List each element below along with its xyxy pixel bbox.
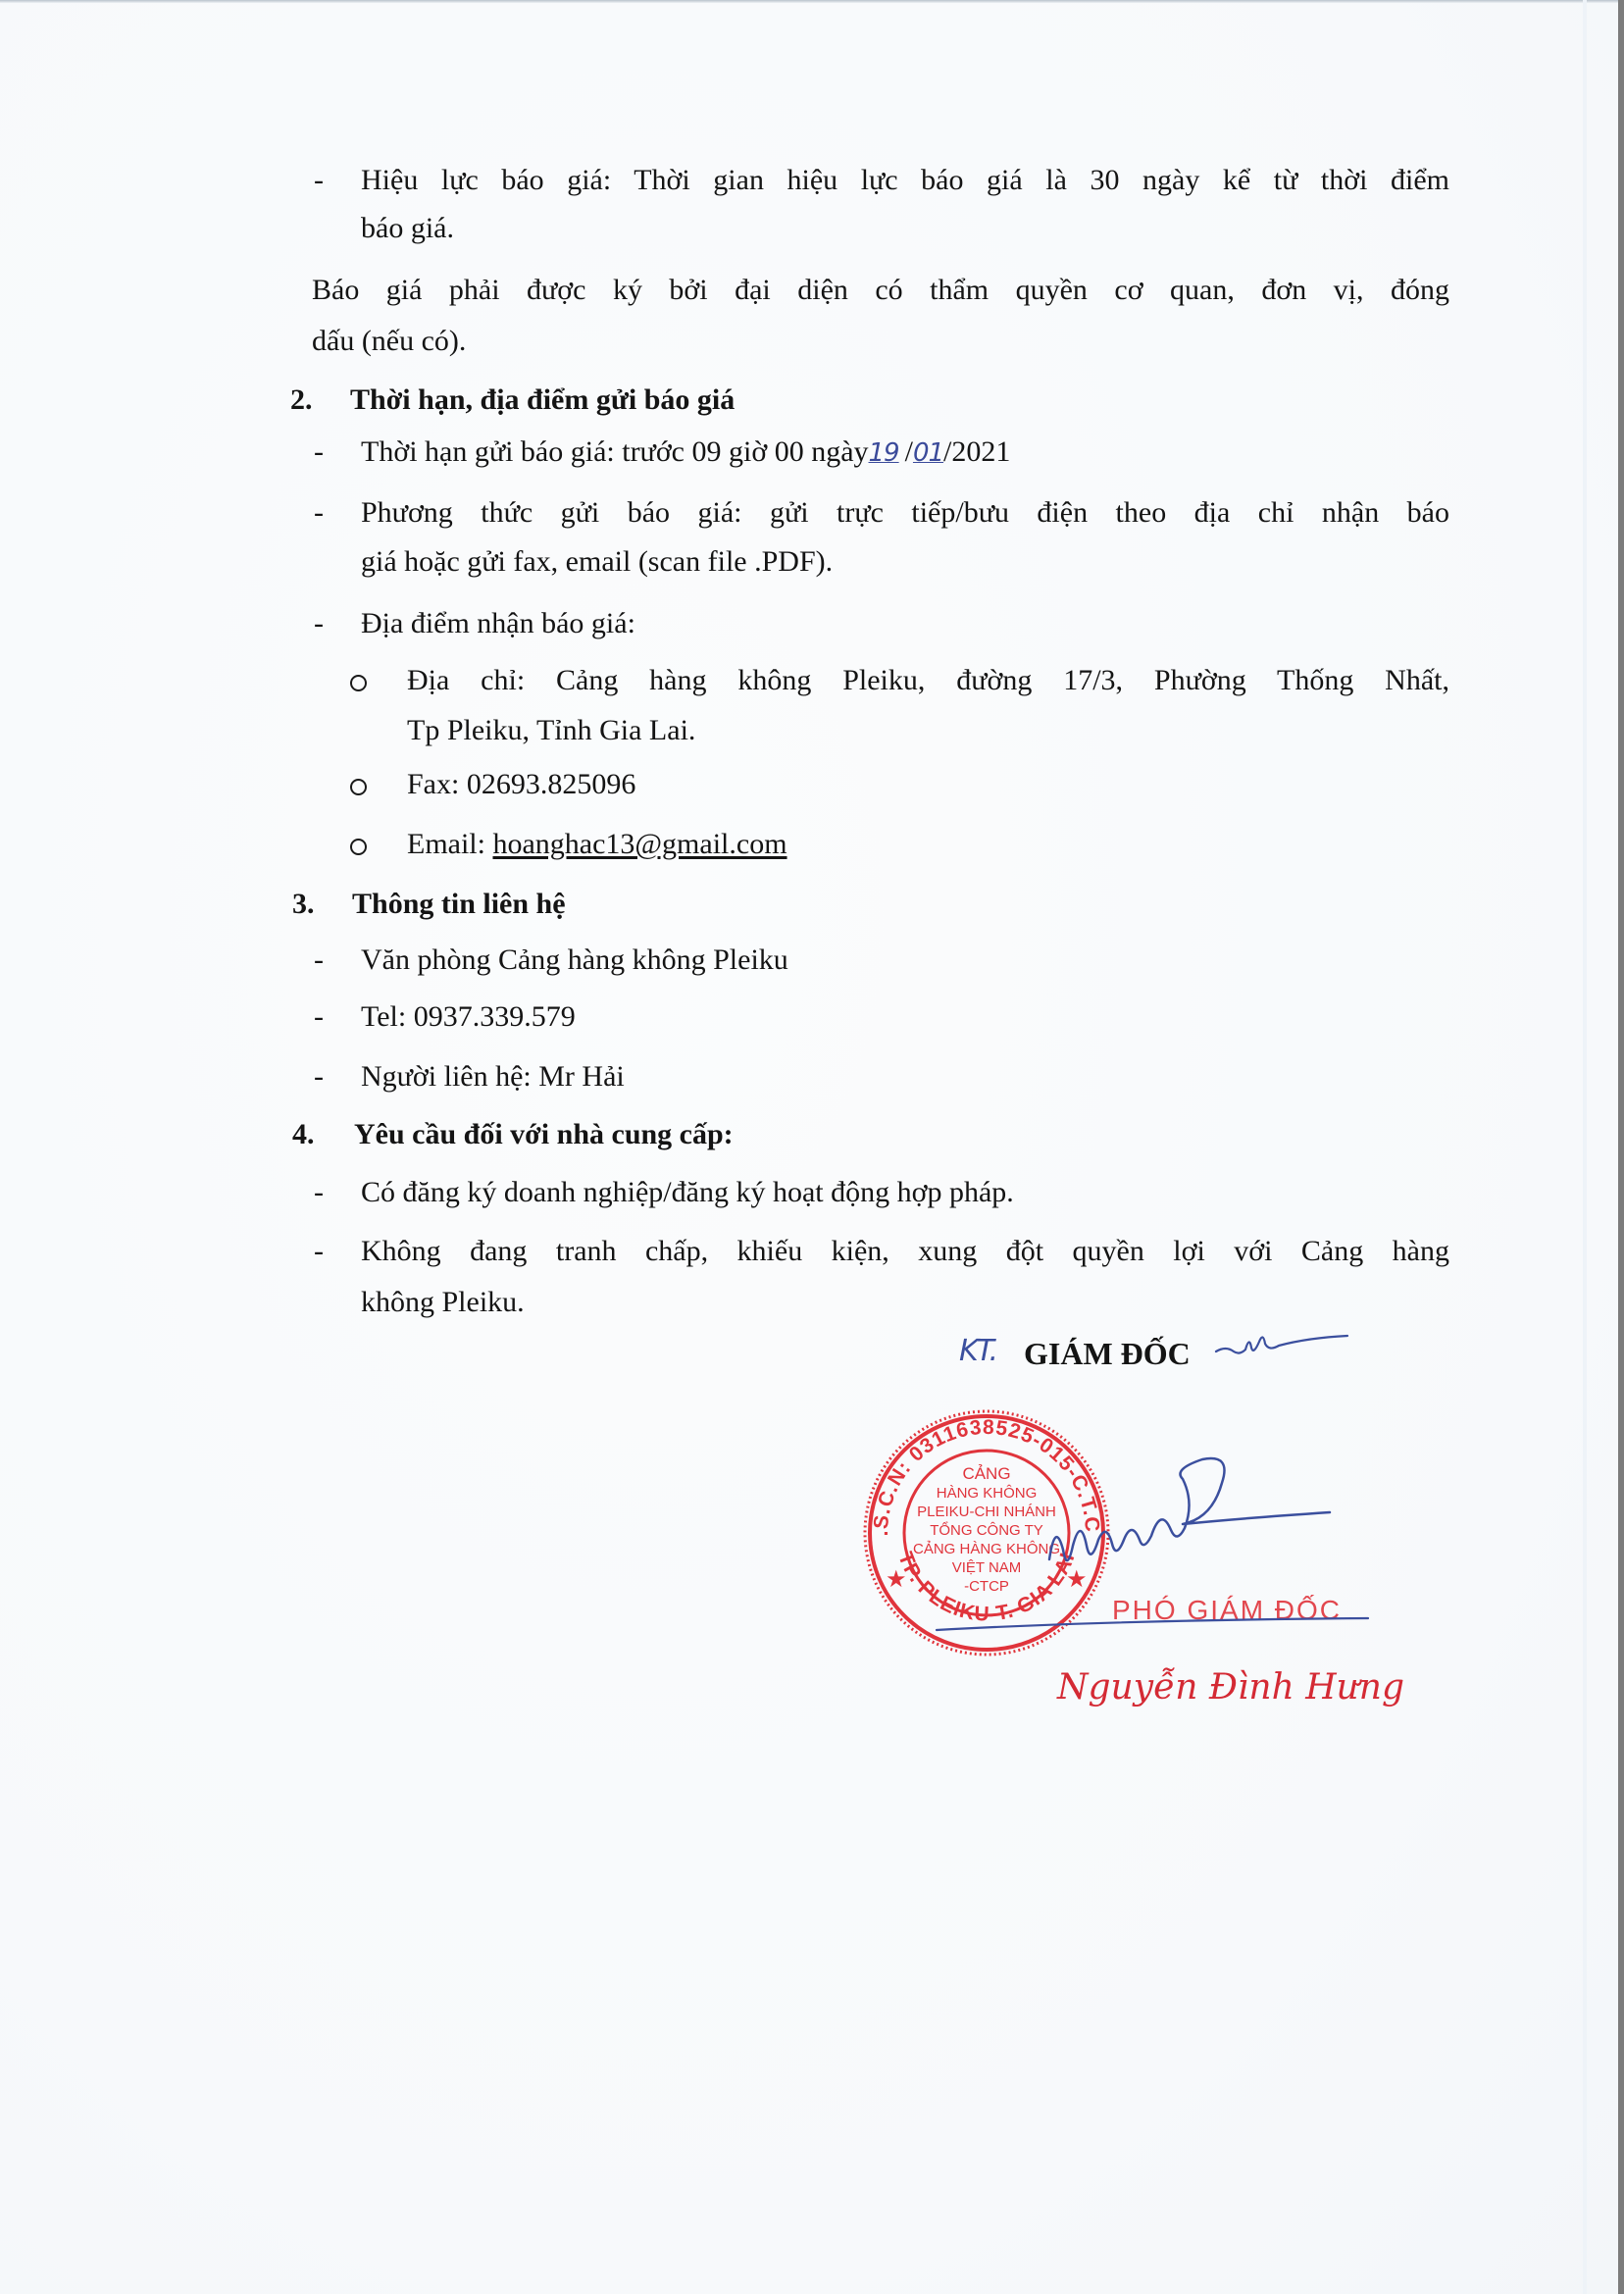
- kt-handwriting: KT.: [959, 1334, 996, 1368]
- svg-text:-CTCP: -CTCP: [964, 1578, 1009, 1595]
- stamp-star-icon: ★: [1066, 1567, 1088, 1593]
- deputy-director-title: PHÓ GIÁM ĐỐC: [1112, 1595, 1342, 1626]
- section-3-title: Thông tin liên hệ: [352, 887, 566, 922]
- tel-line: Tel: 0937.339.579: [361, 999, 576, 1035]
- deadline-month: 01: [913, 438, 943, 468]
- deadline-prefix: Thời hạn gửi báo giá: trước 09 giờ 00 ng…: [361, 435, 869, 468]
- scan-right-edge: [1618, 0, 1624, 2294]
- email-link[interactable]: hoanghac13@gmail.com: [492, 828, 787, 860]
- scan-top-edge: [0, 0, 1618, 3]
- company-stamp: M.S.C.N: 0311638525-015-C.T.C.P TP. PLEI…: [858, 1404, 1115, 1661]
- requirement-line-2a: Không đang tranh chấp, khiếu kiện, xung …: [361, 1234, 1449, 1269]
- page-background: [0, 0, 1618, 2294]
- section-2-number: 2.: [290, 382, 313, 418]
- deadline-line: Thời hạn gửi báo giá: trước 09 giờ 00 ng…: [361, 434, 1010, 471]
- stamp-center-text: CẢNGHÀNG KHÔNGPLEIKU-CHI NHÁNHTỔNG CÔNG …: [913, 1464, 1060, 1595]
- fax-line: Fax: 02693.825096: [407, 767, 635, 802]
- svg-text:HÀNG KHÔNG: HÀNG KHÔNG: [937, 1485, 1038, 1502]
- svg-text:PLEIKU-CHI NHÁNH: PLEIKU-CHI NHÁNH: [917, 1504, 1056, 1520]
- signing-note-line-2: dấu (nếu có).: [312, 324, 466, 359]
- svg-text:TỔNG CÔNG TY: TỔNG CÔNG TY: [930, 1521, 1043, 1539]
- deadline-year: /2021: [943, 435, 1010, 468]
- svg-text:CẢNG HÀNG KHÔNG: CẢNG HÀNG KHÔNG: [913, 1541, 1060, 1557]
- svg-text:CẢNG: CẢNG: [962, 1464, 1010, 1483]
- validity-line-1: Hiệu lực báo giá: Thời gian hiệu lực báo…: [361, 163, 1449, 198]
- signer-name: Nguyễn Đình Hưng: [1057, 1667, 1404, 1708]
- deadline-day: 19: [869, 438, 899, 468]
- svg-text:VIỆT NAM: VIỆT NAM: [952, 1559, 1022, 1576]
- dash-bullet: -: [314, 1175, 324, 1210]
- deadline-separator: /: [905, 435, 913, 468]
- director-title: GIÁM ĐỐC: [1024, 1336, 1191, 1371]
- dash-bullet: -: [314, 999, 324, 1035]
- section-3-number: 3.: [292, 887, 315, 922]
- signing-note-line-1: Báo giá phải được ký bởi đại diện có thẩ…: [312, 273, 1449, 308]
- dash-bullet: -: [314, 943, 324, 978]
- requirement-line-2b: không Pleiku.: [361, 1285, 525, 1320]
- method-line-1: Phương thức gửi báo giá: gửi trực tiếp/b…: [361, 495, 1449, 531]
- email-line: Email: hoanghac13@gmail.com: [407, 827, 787, 862]
- method-line-2: giá hoặc gửi fax, email (scan file .PDF)…: [361, 544, 833, 580]
- stamp-star-icon: ★: [886, 1567, 907, 1593]
- office-line: Văn phòng Cảng hàng không Pleiku: [361, 943, 788, 978]
- scan-fold-line: [1583, 0, 1587, 2294]
- requirement-line-1: Có đăng ký doanh nghiệp/đăng ký hoạt độn…: [361, 1175, 1014, 1210]
- dash-bullet: -: [314, 495, 324, 531]
- circle-bullet-icon: [350, 839, 367, 855]
- location-heading: Địa điểm nhận báo giá:: [361, 606, 635, 641]
- validity-line-2: báo giá.: [361, 211, 454, 246]
- dash-bullet: -: [314, 163, 324, 198]
- dash-bullet: -: [314, 1234, 324, 1269]
- section-4-title: Yêu cầu đối với nhà cung cấp:: [354, 1117, 734, 1152]
- dash-bullet: -: [314, 606, 324, 641]
- address-line-2: Tp Pleiku, Tỉnh Gia Lai.: [407, 713, 695, 748]
- section-2-title: Thời hạn, địa điểm gửi báo giá: [350, 382, 735, 418]
- circle-bullet-icon: [350, 779, 367, 795]
- dash-bullet: -: [314, 1059, 324, 1095]
- address-line-1: Địa chỉ: Cảng hàng không Pleiku, đường 1…: [407, 663, 1449, 698]
- email-label: Email:: [407, 828, 492, 860]
- contact-person-line: Người liên hệ: Mr Hải: [361, 1059, 625, 1095]
- circle-bullet-icon: [350, 675, 367, 691]
- dash-bullet: -: [314, 434, 324, 470]
- section-4-number: 4.: [292, 1117, 315, 1152]
